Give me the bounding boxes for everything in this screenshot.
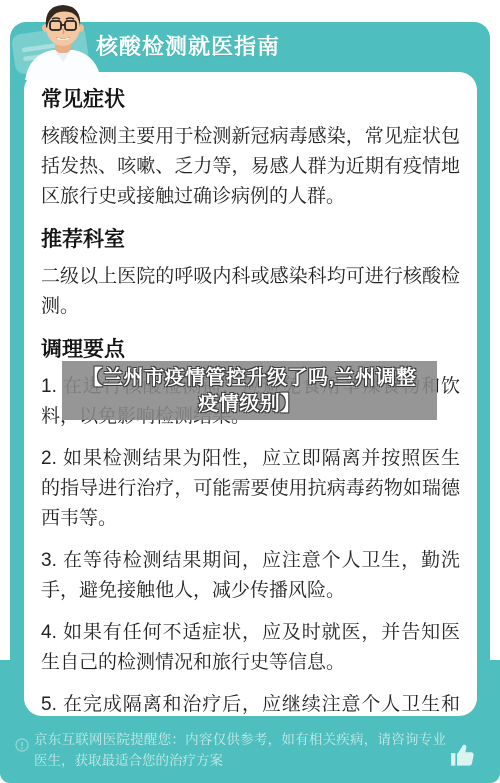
- care-list-item: 4. 如果有任何不适症状，应及时就医，并告知医生自己的检测情况和旅行史等信息。: [41, 618, 460, 678]
- section-body-symptoms: 核酸检测主要用于检测新冠病毒感染，常见症状包括发热、咳嗽、乏力等，易感人群为近期…: [41, 122, 460, 212]
- care-list-item: 5. 在完成隔离和治疗后，应继续注意个人卫生和健康状况，避免再次感染或传播病毒。: [41, 690, 460, 716]
- care-list-item: 2. 如果检测结果为阳性，应立即隔离并按照医生的指导进行治疗，可能需要使用抗病毒…: [41, 444, 460, 534]
- section-body-department: 二级以上医院的呼吸内科或感染科均可进行核酸检测。: [41, 262, 460, 322]
- care-list-item: 3. 在等待检测结果期间，应注意个人卫生，勤洗手，避免接触他人，减少传播风险。: [41, 546, 460, 606]
- info-circle-icon: [15, 738, 29, 752]
- watermark-line-2: 疫情级别】: [198, 391, 301, 417]
- section-heading-care: 调理要点: [41, 336, 460, 364]
- nucleic-acid-guide-page: 常见症状 核酸检测主要用于检测新冠病毒感染，常见症状包括发热、咳嗽、乏力等，易感…: [0, 0, 500, 783]
- page-title: 核酸检测就医指南: [96, 30, 280, 61]
- disclaimer-text: 京东互联网医院提醒您：内容仅供参考，如有相关疾病，请咨询专业医生，获取最适合您的…: [34, 729, 446, 771]
- section-heading-department: 推荐科室: [41, 226, 460, 254]
- watermark-overlay: 【兰州市疫情管控升级了吗,兰州调整 疫情级别】: [62, 361, 437, 420]
- watermark-line-1: 【兰州市疫情管控升级了吗,兰州调整: [82, 365, 416, 391]
- disclaimer-footer: 京东互联网医院提醒您：内容仅供参考，如有相关疾病，请咨询专业医生，获取最适合您的…: [0, 722, 500, 783]
- thumbs-up-icon[interactable]: [448, 740, 478, 770]
- section-heading-symptoms: 常见症状: [41, 86, 460, 114]
